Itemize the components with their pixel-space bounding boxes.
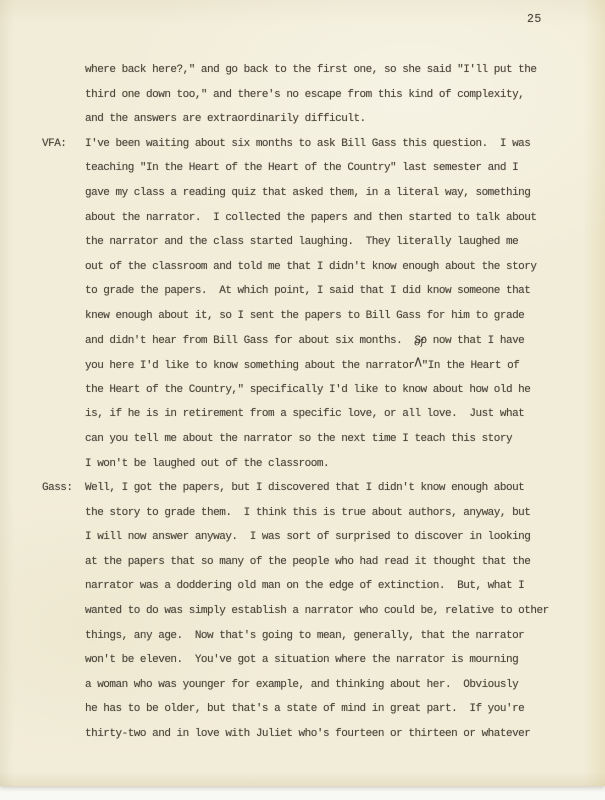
line-text: Well, I got the papers, but I discovered… — [85, 482, 524, 494]
line-text: won't be eleven. You've got a situation … — [85, 654, 518, 666]
line-text: where back here?," and go back to the fi… — [85, 64, 536, 76]
transcript-line: I won't be laughed out of the classroom. — [0, 452, 605, 477]
transcript-line: third one down too," and there's no esca… — [0, 83, 605, 108]
speaker-label: VFA: — [42, 132, 66, 157]
line-text: thirty-two and in love with Juliet who's… — [85, 728, 530, 740]
transcript-line: thirty-two and in love with Juliet who's… — [0, 722, 605, 747]
transcript-line: is, if he is in retirement from a specif… — [0, 402, 605, 427]
line-text: a woman who was younger for example, and… — [85, 679, 518, 691]
transcript-line: knew enough about it, so I sent the pape… — [0, 304, 605, 329]
transcript-line: you here I'd like to know something abou… — [0, 353, 605, 378]
transcript-line: things, any age. Now that's going to mea… — [0, 624, 605, 649]
transcript-line: the Heart of the Country," specifically … — [0, 378, 605, 403]
transcript-line: narrator was a doddering old man on the … — [0, 574, 605, 599]
inserted-word: of — [414, 336, 425, 349]
line-text: the story to grade them. I think this is… — [85, 507, 530, 519]
line-text: he has to be older, but that's a state o… — [85, 703, 524, 715]
line-text: gave my class a reading quiz that asked … — [85, 187, 530, 199]
page-number: 25 — [527, 13, 542, 26]
transcript-line: wanted to do was simply establish a narr… — [0, 599, 605, 624]
transcript-line: teaching "In the Heart of the Heart of t… — [0, 156, 605, 181]
speaker-label: Gass: — [42, 476, 73, 501]
line-text: things, any age. Now that's going to mea… — [85, 630, 524, 642]
transcript-body: where back here?," and go back to the fi… — [0, 58, 605, 747]
line-text: third one down too," and there's no esca… — [85, 89, 524, 101]
transcript-line: can you tell me about the narrator so th… — [0, 427, 605, 452]
line-text: knew enough about it, so I sent the pape… — [85, 310, 524, 322]
line-text: and didn't hear from Bill Gass for about… — [85, 335, 524, 347]
scanned-page-background: 25 where back here?," and go back to the… — [0, 0, 605, 800]
line-text: I will now answer anyway. I was sort of … — [85, 531, 530, 543]
line-text: I won't be laughed out of the classroom. — [85, 458, 329, 470]
line-text: wanted to do was simply establish a narr… — [85, 605, 549, 617]
transcript-line: and the answers are extraordinarily diff… — [0, 107, 605, 132]
line-text: can you tell me about the narrator so th… — [85, 433, 512, 445]
transcript-line: a woman who was younger for example, and… — [0, 673, 605, 698]
handwritten-insertion: Λof — [414, 360, 421, 372]
transcript-line: out of the classroom and told me that I … — [0, 255, 605, 280]
line-text: at the papers that so many of the people… — [85, 556, 530, 568]
document-page: 25 where back here?," and go back to the… — [0, 0, 605, 786]
transcript-line: about the narrator. I collected the pape… — [0, 206, 605, 231]
caret-mark-icon: Λ — [414, 349, 421, 377]
line-text: about the narrator. I collected the pape… — [85, 212, 536, 224]
line-text: and the answers are extraordinarily diff… — [85, 113, 366, 125]
line-text: I've been waiting about six months to as… — [85, 138, 530, 150]
transcript-line: the narrator and the class started laugh… — [0, 230, 605, 255]
transcript-line: at the papers that so many of the people… — [0, 550, 605, 575]
line-text: out of the classroom and told me that I … — [85, 261, 536, 273]
line-text: teaching "In the Heart of the Heart of t… — [85, 162, 518, 174]
transcript-line: the story to grade them. I think this is… — [0, 501, 605, 526]
line-text: the narrator and the class started laugh… — [85, 236, 518, 248]
transcript-line: I will now answer anyway. I was sort of … — [0, 525, 605, 550]
transcript-line: where back here?," and go back to the fi… — [0, 58, 605, 83]
line-text: to grade the papers. At which point, I s… — [85, 285, 530, 297]
line-text: you here I'd like to know something abou… — [85, 360, 519, 372]
transcript-line: Gass:Well, I got the papers, but I disco… — [0, 476, 605, 501]
transcript-line: gave my class a reading quiz that asked … — [0, 181, 605, 206]
line-text: the Heart of the Country," specifically … — [85, 384, 530, 396]
transcript-line: and didn't hear from Bill Gass for about… — [0, 329, 605, 354]
transcript-line: to grade the papers. At which point, I s… — [0, 279, 605, 304]
transcript-line: he has to be older, but that's a state o… — [0, 697, 605, 722]
transcript-line: VFA:I've been waiting about six months t… — [0, 132, 605, 157]
line-text: is, if he is in retirement from a specif… — [85, 408, 524, 420]
line-text: narrator was a doddering old man on the … — [85, 580, 524, 592]
transcript-line: won't be eleven. You've got a situation … — [0, 648, 605, 673]
